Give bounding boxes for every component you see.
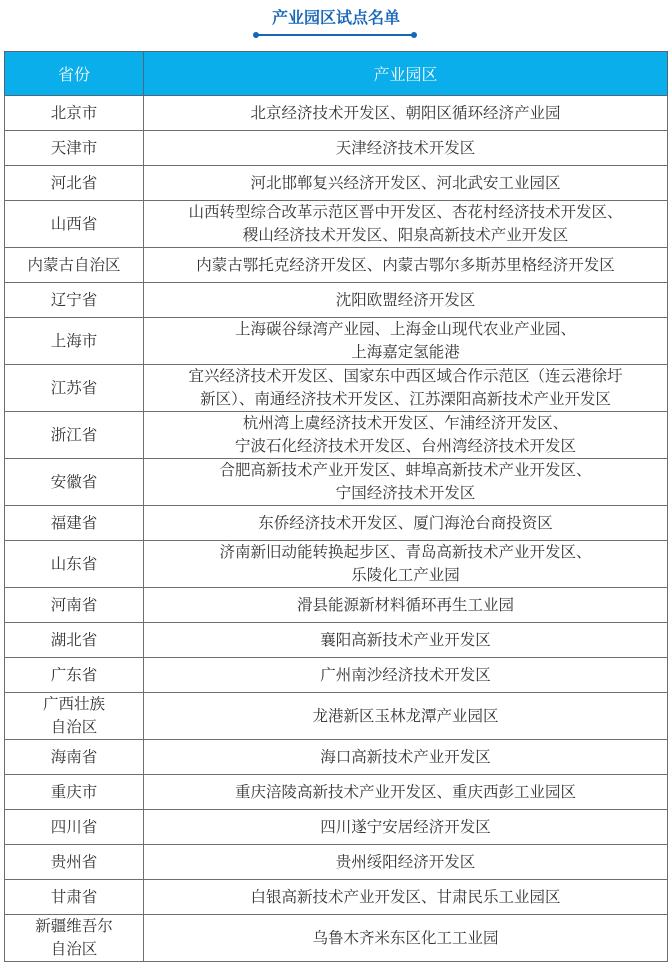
industrial-park-cell: 广州南沙经济技术开发区 [144,658,668,693]
industrial-park-line: 内蒙古鄂托克经济开发区、内蒙古鄂尔多斯苏里格经济开发区 [148,254,663,277]
province-name-line: 安徽省 [9,471,139,494]
province-name-line: 四川省 [9,816,139,839]
province-cell: 湖北省 [5,623,144,658]
province-cell: 山西省 [5,201,144,248]
industrial-park-line: 乐陵化工产业园 [148,564,663,587]
table-row: 广东省广州南沙经济技术开发区 [5,658,668,693]
table-row: 甘肃省白银高新技术产业开发区、甘肃民乐工业园区 [5,880,668,915]
province-cell: 甘肃省 [5,880,144,915]
industrial-park-cell: 内蒙古鄂托克经济开发区、内蒙古鄂尔多斯苏里格经济开发区 [144,248,668,283]
province-name-line: 山西省 [9,213,139,236]
industrial-park-line: 贵州绥阳经济开发区 [148,851,663,874]
province-name-line: 福建省 [9,512,139,535]
province-cell: 上海市 [5,318,144,365]
industrial-park-cell: 重庆涪陵高新技术产业开发区、重庆西彭工业园区 [144,775,668,810]
province-name-line: 广东省 [9,664,139,687]
province-cell: 河南省 [5,588,144,623]
province-cell: 新疆维吾尔自治区 [5,915,144,962]
industrial-park-line: 合肥高新技术产业开发区、蚌埠高新技术产业开发区、 [148,459,663,482]
pilot-parks-table: 省份 产业园区 北京市北京经济技术开发区、朝阳区循环经济产业园天津市天津经济技术… [4,51,668,962]
industrial-park-line: 宜兴经济技术开发区、国家东中西区域合作示范区（连云港徐圩 [148,365,663,388]
title-underline-dot-left [253,32,259,38]
province-name-line: 自治区 [9,938,139,961]
industrial-park-line: 乌鲁木齐米东区化工工业园 [148,927,663,950]
province-cell: 广西壮族自治区 [5,693,144,740]
industrial-park-line: 杭州湾上虞经济技术开发区、乍浦经济开发区、 [148,412,663,435]
province-cell: 河北省 [5,166,144,201]
table-row: 海南省海口高新技术产业开发区 [5,740,668,775]
industrial-park-line: 上海嘉定氢能港 [148,341,663,364]
industrial-park-cell: 济南新旧动能转换起步区、青岛高新技术产业开发区、乐陵化工产业园 [144,541,668,588]
province-name-line: 海南省 [9,746,139,769]
industrial-park-line: 山西转型综合改革示范区晋中开发区、杏花村经济技术开发区、 [148,201,663,224]
industrial-park-line: 四川遂宁安居经济开发区 [148,816,663,839]
industrial-park-line: 龙港新区玉林龙潭产业园区 [148,705,663,728]
table-row: 广西壮族自治区龙港新区玉林龙潭产业园区 [5,693,668,740]
table-row: 福建省东侨经济技术开发区、厦门海沧台商投资区 [5,506,668,541]
table-row: 安徽省合肥高新技术产业开发区、蚌埠高新技术产业开发区、宁国经济技术开发区 [5,459,668,506]
table-row: 河北省河北邯郸复兴经济开发区、河北武安工业园区 [5,166,668,201]
industrial-park-line: 沈阳欧盟经济开发区 [148,289,663,312]
province-name-line: 山东省 [9,553,139,576]
table-row: 北京市北京经济技术开发区、朝阳区循环经济产业园 [5,96,668,131]
industrial-park-line: 稷山经济技术开发区、阳泉高新技术产业开发区 [148,224,663,247]
industrial-park-cell: 北京经济技术开发区、朝阳区循环经济产业园 [144,96,668,131]
industrial-park-line: 襄阳高新技术产业开发区 [148,629,663,652]
province-name-line: 上海市 [9,330,139,353]
province-cell: 浙江省 [5,412,144,459]
industrial-park-line: 东侨经济技术开发区、厦门海沧台商投资区 [148,512,663,535]
industrial-park-line: 天津经济技术开发区 [148,137,663,160]
industrial-park-cell: 龙港新区玉林龙潭产业园区 [144,693,668,740]
title-underline-dot-right [411,32,417,38]
province-name-line: 湖北省 [9,629,139,652]
province-name-line: 辽宁省 [9,289,139,312]
province-name-line: 甘肃省 [9,886,139,909]
industrial-park-cell: 河北邯郸复兴经济开发区、河北武安工业园区 [144,166,668,201]
industrial-park-cell: 山西转型综合改革示范区晋中开发区、杏花村经济技术开发区、稷山经济技术开发区、阳泉… [144,201,668,248]
industrial-park-line: 广州南沙经济技术开发区 [148,664,663,687]
province-cell: 江苏省 [5,365,144,412]
table-row: 四川省四川遂宁安居经济开发区 [5,810,668,845]
industrial-park-line: 新区）、南通经济技术开发区、江苏溧阳高新技术产业开发区 [148,388,663,411]
table-body: 北京市北京经济技术开发区、朝阳区循环经济产业园天津市天津经济技术开发区河北省河北… [5,96,668,962]
table-row: 辽宁省沈阳欧盟经济开发区 [5,283,668,318]
industrial-park-line: 上海碳谷绿湾产业园、上海金山现代农业产业园、 [148,318,663,341]
province-name-line: 浙江省 [9,424,139,447]
province-cell: 山东省 [5,541,144,588]
table-row: 山东省济南新旧动能转换起步区、青岛高新技术产业开发区、乐陵化工产业园 [5,541,668,588]
province-cell: 北京市 [5,96,144,131]
province-name-line: 河南省 [9,594,139,617]
table-row: 湖北省襄阳高新技术产业开发区 [5,623,668,658]
industrial-park-cell: 滑县能源新材料循环再生工业园 [144,588,668,623]
industrial-park-cell: 上海碳谷绿湾产业园、上海金山现代农业产业园、上海嘉定氢能港 [144,318,668,365]
industrial-park-cell: 海口高新技术产业开发区 [144,740,668,775]
province-name-line: 河北省 [9,172,139,195]
title-underline [256,34,414,36]
industrial-park-cell: 天津经济技术开发区 [144,131,668,166]
table-row: 重庆市重庆涪陵高新技术产业开发区、重庆西彭工业园区 [5,775,668,810]
province-name-line: 贵州省 [9,851,139,874]
industrial-park-cell: 贵州绥阳经济开发区 [144,845,668,880]
industrial-park-line: 宁波石化经济技术开发区、台州湾经济技术开发区 [148,435,663,458]
industrial-park-line: 济南新旧动能转换起步区、青岛高新技术产业开发区、 [148,541,663,564]
table-row: 贵州省贵州绥阳经济开发区 [5,845,668,880]
industrial-park-cell: 沈阳欧盟经济开发区 [144,283,668,318]
province-name-line: 新疆维吾尔 [9,915,139,938]
province-cell: 四川省 [5,810,144,845]
province-name-line: 重庆市 [9,781,139,804]
table-row: 上海市上海碳谷绿湾产业园、上海金山现代农业产业园、上海嘉定氢能港 [5,318,668,365]
industrial-park-line: 滑县能源新材料循环再生工业园 [148,594,663,617]
title-block: 产业园区试点名单 [0,0,672,50]
table-row: 天津市天津经济技术开发区 [5,131,668,166]
column-header-province: 省份 [5,52,144,96]
industrial-park-cell: 杭州湾上虞经济技术开发区、乍浦经济开发区、宁波石化经济技术开发区、台州湾经济技术… [144,412,668,459]
province-name-line: 自治区 [9,716,139,739]
province-name-line: 广西壮族 [9,693,139,716]
province-cell: 福建省 [5,506,144,541]
table-row: 新疆维吾尔自治区乌鲁木齐米东区化工工业园 [5,915,668,962]
table-row: 浙江省杭州湾上虞经济技术开发区、乍浦经济开发区、宁波石化经济技术开发区、台州湾经… [5,412,668,459]
industrial-park-cell: 白银高新技术产业开发区、甘肃民乐工业园区 [144,880,668,915]
province-cell: 贵州省 [5,845,144,880]
table-row: 山西省山西转型综合改革示范区晋中开发区、杏花村经济技术开发区、稷山经济技术开发区… [5,201,668,248]
province-cell: 内蒙古自治区 [5,248,144,283]
industrial-park-cell: 合肥高新技术产业开发区、蚌埠高新技术产业开发区、宁国经济技术开发区 [144,459,668,506]
industrial-park-cell: 乌鲁木齐米东区化工工业园 [144,915,668,962]
column-header-industrial-park: 产业园区 [144,52,668,96]
industrial-park-cell: 襄阳高新技术产业开发区 [144,623,668,658]
province-name-line: 天津市 [9,137,139,160]
industrial-park-line: 宁国经济技术开发区 [148,482,663,505]
table-row: 河南省滑县能源新材料循环再生工业园 [5,588,668,623]
table-row: 内蒙古自治区内蒙古鄂托克经济开发区、内蒙古鄂尔多斯苏里格经济开发区 [5,248,668,283]
province-cell: 安徽省 [5,459,144,506]
table-row: 江苏省宜兴经济技术开发区、国家东中西区域合作示范区（连云港徐圩新区）、南通经济技… [5,365,668,412]
province-cell: 海南省 [5,740,144,775]
industrial-park-cell: 东侨经济技术开发区、厦门海沧台商投资区 [144,506,668,541]
province-name-line: 江苏省 [9,377,139,400]
industrial-park-line: 河北邯郸复兴经济开发区、河北武安工业园区 [148,172,663,195]
table-header-row: 省份 产业园区 [5,52,668,96]
province-name-line: 内蒙古自治区 [9,254,139,277]
industrial-park-line: 重庆涪陵高新技术产业开发区、重庆西彭工业园区 [148,781,663,804]
province-cell: 辽宁省 [5,283,144,318]
industrial-park-line: 白银高新技术产业开发区、甘肃民乐工业园区 [148,886,663,909]
province-cell: 重庆市 [5,775,144,810]
industrial-park-line: 海口高新技术产业开发区 [148,746,663,769]
province-cell: 广东省 [5,658,144,693]
page-title: 产业园区试点名单 [0,7,672,29]
province-name-line: 北京市 [9,102,139,125]
industrial-park-cell: 宜兴经济技术开发区、国家东中西区域合作示范区（连云港徐圩新区）、南通经济技术开发… [144,365,668,412]
province-cell: 天津市 [5,131,144,166]
industrial-park-cell: 四川遂宁安居经济开发区 [144,810,668,845]
industrial-park-line: 北京经济技术开发区、朝阳区循环经济产业园 [148,102,663,125]
